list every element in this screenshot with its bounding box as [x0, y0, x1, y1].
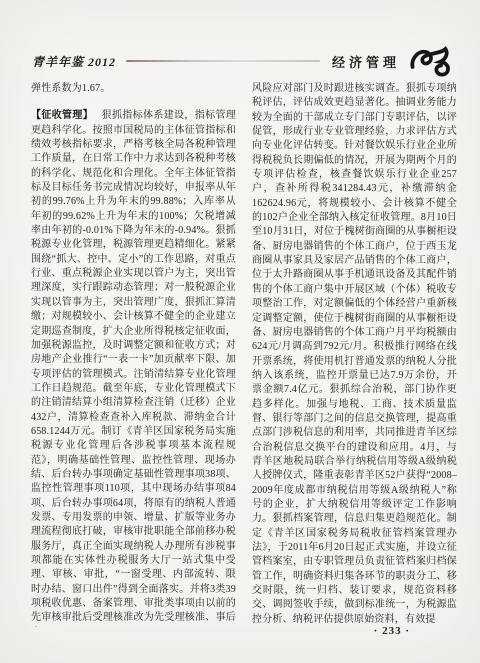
section-title: 经济管理: [332, 52, 400, 71]
page-header: 青羊年鉴 2012 经济管理: [32, 44, 456, 78]
page-footer: · 233 ·: [374, 625, 410, 637]
left-column-continuation-paragraph: 弹性系数为1.67。: [31, 82, 236, 96]
entry-paragraph: 【征收管理】狠抓指标体系建设，指标管理更趋科学化。按照市国税局的主体征管指标和绩…: [31, 109, 236, 627]
yearbook-scanned-page: 青羊年鉴 2012 经济管理 弹性系数为1.67。 【征收管理】狠抓指标体系建设…: [0, 0, 480, 663]
entry-text: 狠抓指标体系建设，指标管理更趋科学化。按照市国税局的主体征管指标和绩效考核指标要…: [31, 110, 236, 627]
left-column: 弹性系数为1.67。 【征收管理】狠抓指标体系建设，指标管理更趋科学化。按照市国…: [31, 82, 236, 627]
calligraphy-flourish-icon: [408, 43, 456, 79]
page-body: 弹性系数为1.67。 【征收管理】狠抓指标体系建设，指标管理更趋科学化。按照市国…: [31, 82, 457, 627]
entry-label: 【征收管理】: [31, 110, 93, 121]
right-column-continuation-paragraph: 风险应对部门及时跟进核实调查。狠抓专项纳税评估，评估成效更趋显著化。抽调业务能力…: [252, 82, 457, 627]
page-number: · 233 ·: [374, 625, 410, 637]
book-title: 青羊年鉴 2012: [32, 53, 116, 70]
right-column: 风险应对部门及时跟进核实调查。狠抓专项纳税评估，评估成效更趋显著化。抽调业务能力…: [252, 82, 457, 627]
header-rule: [126, 60, 320, 62]
